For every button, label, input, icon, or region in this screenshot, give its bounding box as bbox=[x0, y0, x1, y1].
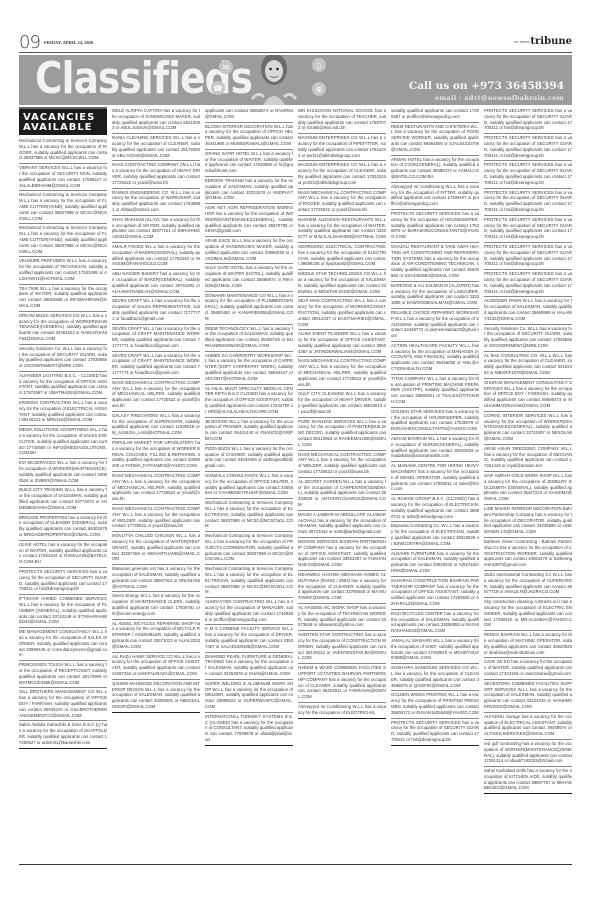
top-bar: 09 FRIDAY, APRIL 24, 2026 DT NEWStribune bbox=[19, 28, 572, 52]
classified-ad: SEAT-MAN CONTRACTING W.L.L has a vacancy… bbox=[298, 297, 386, 330]
classified-ad: Sky construction cleaning contracts w.l.… bbox=[484, 598, 572, 631]
classified-ad: MAGNUM ENTERPRISES CO W.L.L has a vacanc… bbox=[298, 134, 386, 161]
page-number: 09 bbox=[19, 32, 40, 53]
classified-ad: PROTECTS SECURITY SERVICES has a vacancy… bbox=[484, 243, 572, 270]
classified-ad: AL RASHID GROUP B.S.C. (CLOSED) has a va… bbox=[391, 495, 479, 522]
classified-ad: IBN KHULDOON NATIONAL SCHOOL has a vacan… bbox=[298, 107, 386, 134]
classified-ad: RELIABLE CHOICE REPAIRING WORKSHOP W.L.L… bbox=[391, 309, 479, 342]
classified-ad: JAMAL AL MASHARI W.L.L has a vacancy for… bbox=[391, 637, 479, 664]
footer-rule bbox=[19, 864, 572, 865]
ad-list: suitably qualified applicants can contac… bbox=[391, 107, 479, 746]
column-5: suitably qualified applicants can contac… bbox=[391, 107, 479, 864]
column-4: IBN KHULDOON NATIONAL SCHOOL has a vacan… bbox=[298, 107, 386, 864]
classified-ad: SHURAM MANAGEMENT CONSULTANCY SERVICES W… bbox=[484, 379, 572, 412]
classified-ad: TITAN COMPANY W.L.L has a vacancy for th… bbox=[391, 375, 479, 408]
classified-ad: Jadra International Contracting Co W.L.L… bbox=[484, 571, 572, 598]
classified-ad: REDEO BAHRAIN W.L.L has a vacancy for th… bbox=[484, 631, 572, 658]
classified-ad: PROTECTS SECURITY SERVICES has a vacancy… bbox=[391, 719, 479, 746]
classified-ad: AVENTEN STAR CONTRACTING has a vacancy f… bbox=[298, 631, 386, 664]
classified-ad: Sahel Karbabad Grills has a vacancy for … bbox=[484, 767, 572, 794]
classified-ad: GONZALA CONSULTANTS W.L.L has a vacancy … bbox=[205, 472, 293, 499]
classified-ad: INTERNATIONAL TURNKEY SYSTEMS B.S.C (CLO… bbox=[205, 713, 293, 746]
classified-ad: GEORGEINA ELECTRICAL CONTRACTING has a v… bbox=[298, 243, 386, 270]
brand-logo: DT NEWStribune bbox=[514, 36, 572, 47]
classified-ad: SEVEN CRAFT W.L.L has a vacancy for the … bbox=[112, 297, 200, 324]
classified-ad: GULF CITY CLEANING W.L.L has a vacancy f… bbox=[298, 390, 386, 417]
classified-ad: ARAB ASIAN DREDGING COMPANY W.L.L has a … bbox=[484, 445, 572, 472]
classified-ad: SUPER WELDING & ALUMINUM WORK SHOP W.L.L… bbox=[205, 680, 293, 713]
classified-ad: suitably qualified applicants can contac… bbox=[391, 107, 479, 123]
classified-ad: PROTECTS SECURITY SERVICES has a vacancy… bbox=[19, 568, 107, 595]
classified-ad: RAMSIS ENGINEERING CO. W.L.L has a vacan… bbox=[112, 189, 200, 216]
classified-ad: AL SECRET GARDEN W.L.L has a vacancy for… bbox=[298, 478, 386, 511]
ad-list: Mechanical Contracting & Services Compan… bbox=[19, 137, 107, 749]
envelope-icon: ✉ bbox=[219, 60, 233, 74]
classified-ad: ALI RAZA HANIF SERVICE CO W.L.L has a va… bbox=[112, 653, 200, 680]
heading-line-2: AVAILABLE bbox=[23, 123, 104, 133]
classified-ad: NASS MECHANICAL CONTRACTING COMPANY W.L.… bbox=[298, 357, 386, 390]
column-2: WELD ALRIFFA CAFTIRA has a vacancy for t… bbox=[112, 107, 200, 864]
classified-ad: ARMAN HOTEL has a vacancy for the occupa… bbox=[391, 156, 479, 183]
classified-ad: Almoayyed Air Conditioning W.L.L has a v… bbox=[391, 183, 479, 210]
ad-list: WELD ALRIFFA CAFTIRA has a vacancy for t… bbox=[112, 107, 200, 713]
classified-ad: RANIA CLEANING SERVICES W.L.L has a vaca… bbox=[112, 134, 200, 161]
classified-ad: BLOOKI INTERIOR DECORATION W.L.L has a v… bbox=[205, 123, 293, 150]
classified-ad: AL HILAL MULTI SPECIALTY MEDICAL CENTER … bbox=[205, 385, 293, 418]
classified-ad: BRIGADE PROPERTIES has a vacancy for the… bbox=[19, 514, 107, 541]
classified-ad: applicants can contact 36663874 or DASIR… bbox=[205, 107, 293, 123]
classified-ad: MIDDLE STAR TECHNOLOGIES CO W.L.L has a … bbox=[298, 270, 386, 297]
classified-ad: BUILD CITY TRADING W.L.L has a vacancy f… bbox=[19, 486, 107, 513]
classified-ad: Bayswiss Contracting Co. W.L.L has a vac… bbox=[391, 522, 479, 549]
classified-ad: NASS MECHANICAL CONTRACTING COMPANY W.L.… bbox=[112, 472, 200, 505]
classified-ad: PROTECTS SECURITY SERVICES has a vacancy… bbox=[484, 107, 572, 134]
classified-ad: NASS CONTRACTING COMPANY (W.L.L) has a v… bbox=[112, 161, 200, 188]
classified-ad: MOVLITYA CHILLED CHICKEN W.L.L has a vac… bbox=[112, 532, 200, 565]
classified-ad: NASS MECHANICAL CONTRACTING COMPANY W.L.… bbox=[112, 379, 200, 412]
classified-ad: CAVE 24/ KO has a vacancy for the occupa… bbox=[484, 658, 572, 679]
classified-ad: REEM RESTURANTS AND CAFETERIA W.L.L has … bbox=[391, 123, 479, 156]
classified-ad: SEVENTORA COMBINED FACILITIES SUPPORT SE… bbox=[484, 680, 572, 713]
classified-ad: ABU NASSER BAKERY has a vacancy for the … bbox=[112, 270, 200, 297]
classified-ad: MEDIA SOLUTIONS ADVERTISING W.L.L has a … bbox=[19, 426, 107, 459]
classified-ad: WELD ALRIFFA CAFTIRA has a vacancy for t… bbox=[112, 107, 200, 134]
classified-ad: PROTECTS SECURITY SERVICES has a vacancy… bbox=[484, 189, 572, 216]
classified-ad: SEVEN CRAFT W.L.L has a vacancy for the … bbox=[112, 325, 200, 352]
classified-ad: ALMOAYYED CONTRACTING W.L.L has a vacanc… bbox=[205, 598, 293, 625]
classified-ad: CORNIC INTERIOR SERVICES W.L.L has a vac… bbox=[484, 412, 572, 445]
ad-list: IBN KHULDOON NATIONAL SCHOOL has a vacan… bbox=[298, 107, 386, 719]
classified-ad: Saleh Abdulla Kameshki & Sons B.S.C (c) … bbox=[19, 721, 107, 748]
classified-ad: NASS MECHANICAL CONTRACTING COMPANY W.L.… bbox=[298, 189, 386, 216]
classified-ad: AL MANAMA CENTRE FOR HIRING HEAVY MACHIN… bbox=[391, 462, 479, 495]
classified-ad: Mechanical Contracting & Services Compan… bbox=[19, 191, 107, 224]
classified-ad: ME MANAGEMENT CONSULTANCY W.L.L has a va… bbox=[19, 628, 107, 661]
brand-prefix: DT NEWS bbox=[514, 40, 529, 44]
classified-ad: VELMURE PERFUMES W.L.L has a vacancy for… bbox=[19, 257, 107, 284]
mascot-illustration bbox=[244, 55, 304, 105]
call-us-text: Call us on +973 36458394 bbox=[409, 80, 564, 92]
classified-ad: SAIF AMRAH GOLD WORK SHOP W.L.L has a va… bbox=[484, 472, 572, 505]
classified-ad: REEM TECHNOLOGY W.L.L has a vacancy for … bbox=[205, 325, 293, 352]
classified-ad: K M S COMBINE FACILITY SERVICE W.L.L has… bbox=[205, 625, 293, 652]
classified-ad: Mechanical Contracting & Services Compan… bbox=[19, 137, 107, 164]
classified-ad: ALFADHLI Garage has a vacancy for the oc… bbox=[484, 713, 572, 740]
classified-ad: OLIVE HOTEL has a vacancy for the occupa… bbox=[19, 541, 107, 568]
classified-ad: NASHEM ALDOSSIN RESTAURANTS W.L.L has a … bbox=[298, 216, 386, 243]
classified-ad: GULF GATE HOTEL has a vacancy for the oc… bbox=[205, 264, 293, 291]
classified-ad: Barbeen Green Contracting - Bahrain Part… bbox=[484, 538, 572, 571]
classified-ad: DIAMOND PEARL FURNITURE & GENERAL TRADIN… bbox=[205, 653, 293, 680]
classified-ad: Mansions generals est has a vacancy for … bbox=[112, 565, 200, 592]
classified-ad: SEVEN CRAFT W.L.L has a vacancy for the … bbox=[112, 352, 200, 379]
vacancies-heading: VACANCIES AVAILABLE bbox=[19, 107, 107, 135]
classified-ad: MAHDI A JABBAR M ABDULLATIF ALJABAR ALGH… bbox=[298, 511, 386, 538]
classified-ad: POPULAR MARKET FOR UPHOLSTERY has a vaca… bbox=[112, 439, 200, 472]
globe-icon: ⊕ bbox=[312, 82, 326, 96]
classified-ad: red gulf contracting has a vacancy for t… bbox=[484, 740, 572, 767]
classified-ad: LINE MAKER INTERIOR DECORATION Bahraini … bbox=[484, 505, 572, 538]
classified-ad: AGRI KET AGRI REFRIGERATION WORKSHOP has… bbox=[205, 204, 293, 237]
classified-ad: PURE SHAHZAD SERVICES W.L.L has a vacanc… bbox=[298, 418, 386, 451]
classified-ad: TEA TIME W.L.L has a vacancy for the occ… bbox=[19, 285, 107, 312]
classified-ad: RAZI BICYCLES CENTER has a vacancy for t… bbox=[391, 610, 479, 637]
classified-ad: MEHAWES HASHIM ABRAHAM AHMED ALMUTAWAA (… bbox=[298, 571, 386, 604]
classified-ad: Almoayyed Air Conditioning W.L.L has a v… bbox=[298, 703, 386, 719]
classified-ad: PROTECTS SECURITY SERVICES has a vacancy… bbox=[484, 216, 572, 243]
classified-ad: ALBAHRI FURNITURE has a vacancy for the … bbox=[391, 550, 479, 577]
ad-list: PROTECTS SECURITY SERVICES has a vacancy… bbox=[484, 107, 572, 794]
page-date: FRIDAY, APRIL 24, 2026 bbox=[44, 40, 93, 45]
classified-ad: AHMED EA CARPENTRY WORKSHOP W.L.L has a … bbox=[205, 352, 293, 385]
classified-ad: BAREOOD & ALI SALMAN M (ALJAFER) has a v… bbox=[391, 282, 479, 309]
classified-ad: PROTECTS SECURITY SERVICES has a vacancy… bbox=[484, 134, 572, 161]
column-6: PROTECTS SECURITY SERVICES has a vacancy… bbox=[484, 107, 572, 864]
header-rule bbox=[19, 52, 572, 53]
classified-ad: SHOHAIRA SANSOUDI SERVICES CO W.L.L has … bbox=[391, 664, 479, 691]
classified-ad: VIBRANT SERVICES W.L.L has a vacancy for… bbox=[19, 164, 107, 191]
email-text: email : advt@newsofbahrain.com bbox=[435, 94, 564, 102]
classified-ad: Security Solutions Co. W.L.L has a vacan… bbox=[484, 325, 572, 352]
classified-ad: Seven Energy W.L.L has a vacancy for the… bbox=[112, 592, 200, 619]
classified-ad: JB BOXING W.L.L has a vacancy for the oc… bbox=[205, 418, 293, 445]
classified-ad: PROTECTS SECURITY SERVICES has a vacancy… bbox=[391, 210, 479, 243]
classifieds-banner: Classifieds ✉ ☎ ▯ ⊕ Call us on +973 3645… bbox=[19, 55, 572, 105]
classified-ad: MOHSIN SERVICES BAHRAIN PARTNERSHIP COMP… bbox=[298, 538, 386, 571]
classified-ad: Mechanical Contracting & Services Compan… bbox=[205, 565, 293, 598]
classified-ad: ALFANEER LIGHTING B.S.C. - CLOSED has a … bbox=[19, 372, 107, 399]
classifieds-columns: VACANCIES AVAILABLE Mechanical Contracti… bbox=[19, 107, 572, 864]
classified-ad: ALIWA EVENT PLANNER W.L.L has a vacancy … bbox=[298, 330, 386, 357]
classified-ad: NAEEM & WAJID COMBINED FACILITIES SUPPOR… bbox=[298, 664, 386, 703]
brand-name: tribune bbox=[530, 36, 572, 47]
classified-ad: ALDENDEN PAWN W.L.L has a vacancy for th… bbox=[484, 297, 572, 324]
classified-ad: NASS MECHANICAL CONTRACTING COMPANY W.L.… bbox=[112, 505, 200, 532]
classified-ad: DREAM MILES SERVICES CO W.L.L has a vaca… bbox=[19, 312, 107, 345]
classified-ad: ARAB JUICE W.L.L has a vacancy for the o… bbox=[205, 237, 293, 264]
ad-list: applicants can contact 36663874 or DASIR… bbox=[205, 107, 293, 746]
classified-ad: AL ADEEL BICYCLES REPAIRING SHOP has a v… bbox=[112, 620, 200, 653]
classified-ad: AL HASEEB A/C WORK SHOP has a vacancy fo… bbox=[298, 604, 386, 631]
classified-ad: Mechanical Contracting & Services Compan… bbox=[205, 499, 293, 532]
classified-ad: PIZZA BUDS W.L.L has a vacancy for the o… bbox=[205, 445, 293, 472]
classified-ad: PRINCESSES TOUCH W.L.L has a vacancy for… bbox=[19, 661, 107, 688]
classified-ad: EBROOK TRADING has a vacancy for the occ… bbox=[205, 177, 293, 204]
classified-ad: Security Solutions Co. W.L.L has a vacan… bbox=[19, 345, 107, 372]
classified-ad: ADHAM BAHRAIN W.L.L has a vacancy for th… bbox=[391, 435, 479, 462]
classified-ad: SAHARAN CONSTRUCTION BAHRAIN PARTNERSHIP… bbox=[391, 577, 479, 610]
classified-ad: SHAY MAKHANI ALLAYL has a vacancy for th… bbox=[112, 216, 200, 243]
classified-ad: PROTECTS SECURITY SERVICES has a vacancy… bbox=[484, 270, 572, 297]
classified-ad: PROTECTS SECURITY SERVICES has a vacancy… bbox=[484, 161, 572, 188]
classified-ad: EVI MCSERVICES W.L.L has a vacancy for t… bbox=[19, 459, 107, 486]
mobile-icon: ▯ bbox=[312, 58, 326, 72]
classified-ad: AMALR FOODS W.L.L has a vacancy for the … bbox=[112, 243, 200, 270]
classified-ad: GHAZALI RESTAURANT & TAKE AWAY HEATING A… bbox=[391, 243, 479, 282]
phone-icon: ☎ bbox=[211, 81, 225, 95]
classified-ad: GOLDEN WINGS PRINTING W.L.L has a vacanc… bbox=[391, 691, 479, 718]
classified-ad: KROMOS CONTRACTING W.L.L has a vacancy f… bbox=[19, 399, 107, 426]
classified-ad: GALAXY FREIGHTERS W.L.L has a vacancy fo… bbox=[112, 412, 200, 439]
classified-ad: GOLDEN STAR SERVICES has a vacancy for t… bbox=[391, 408, 479, 435]
column-3: applicants can contact 36663874 or DASIR… bbox=[205, 107, 293, 864]
classified-ad: QAISER MAHMOOD DECORATION AND INTERIOR D… bbox=[112, 680, 200, 713]
classified-ad: GRAND SAFIR HOTEL W.L.L has a vacancy fo… bbox=[205, 150, 293, 177]
classified-ad: DOWAHRI MAINTENANCE CO W.L.L has a vacan… bbox=[205, 292, 293, 325]
classified-ad: Mechanical Contracting & Services Compan… bbox=[19, 224, 107, 257]
classified-ad: Mechanical Contracting & Services Compan… bbox=[205, 532, 293, 565]
classified-ad: GILL BROTHERS MANAGEMENT CO W.L.L has a … bbox=[19, 688, 107, 721]
classified-ad: NASS MECHANICAL CONTRACTING COMPANY W.L.… bbox=[298, 451, 386, 478]
classified-ad: AL BAK CONSULTING CO. W.L.L W.L.L has a … bbox=[484, 352, 572, 379]
classified-ad: MAGNUM ENTERPRISES CO W.L.L has a vacanc… bbox=[298, 161, 386, 188]
classified-ad: ACTION HEALTHCARE FACILITY W.L.L has a v… bbox=[391, 342, 479, 375]
column-1: VACANCIES AVAILABLE Mechanical Contracti… bbox=[19, 107, 107, 864]
classified-ad: IFTIKHAR AHMED COMBINED SERVICES W.L.L h… bbox=[19, 595, 107, 628]
